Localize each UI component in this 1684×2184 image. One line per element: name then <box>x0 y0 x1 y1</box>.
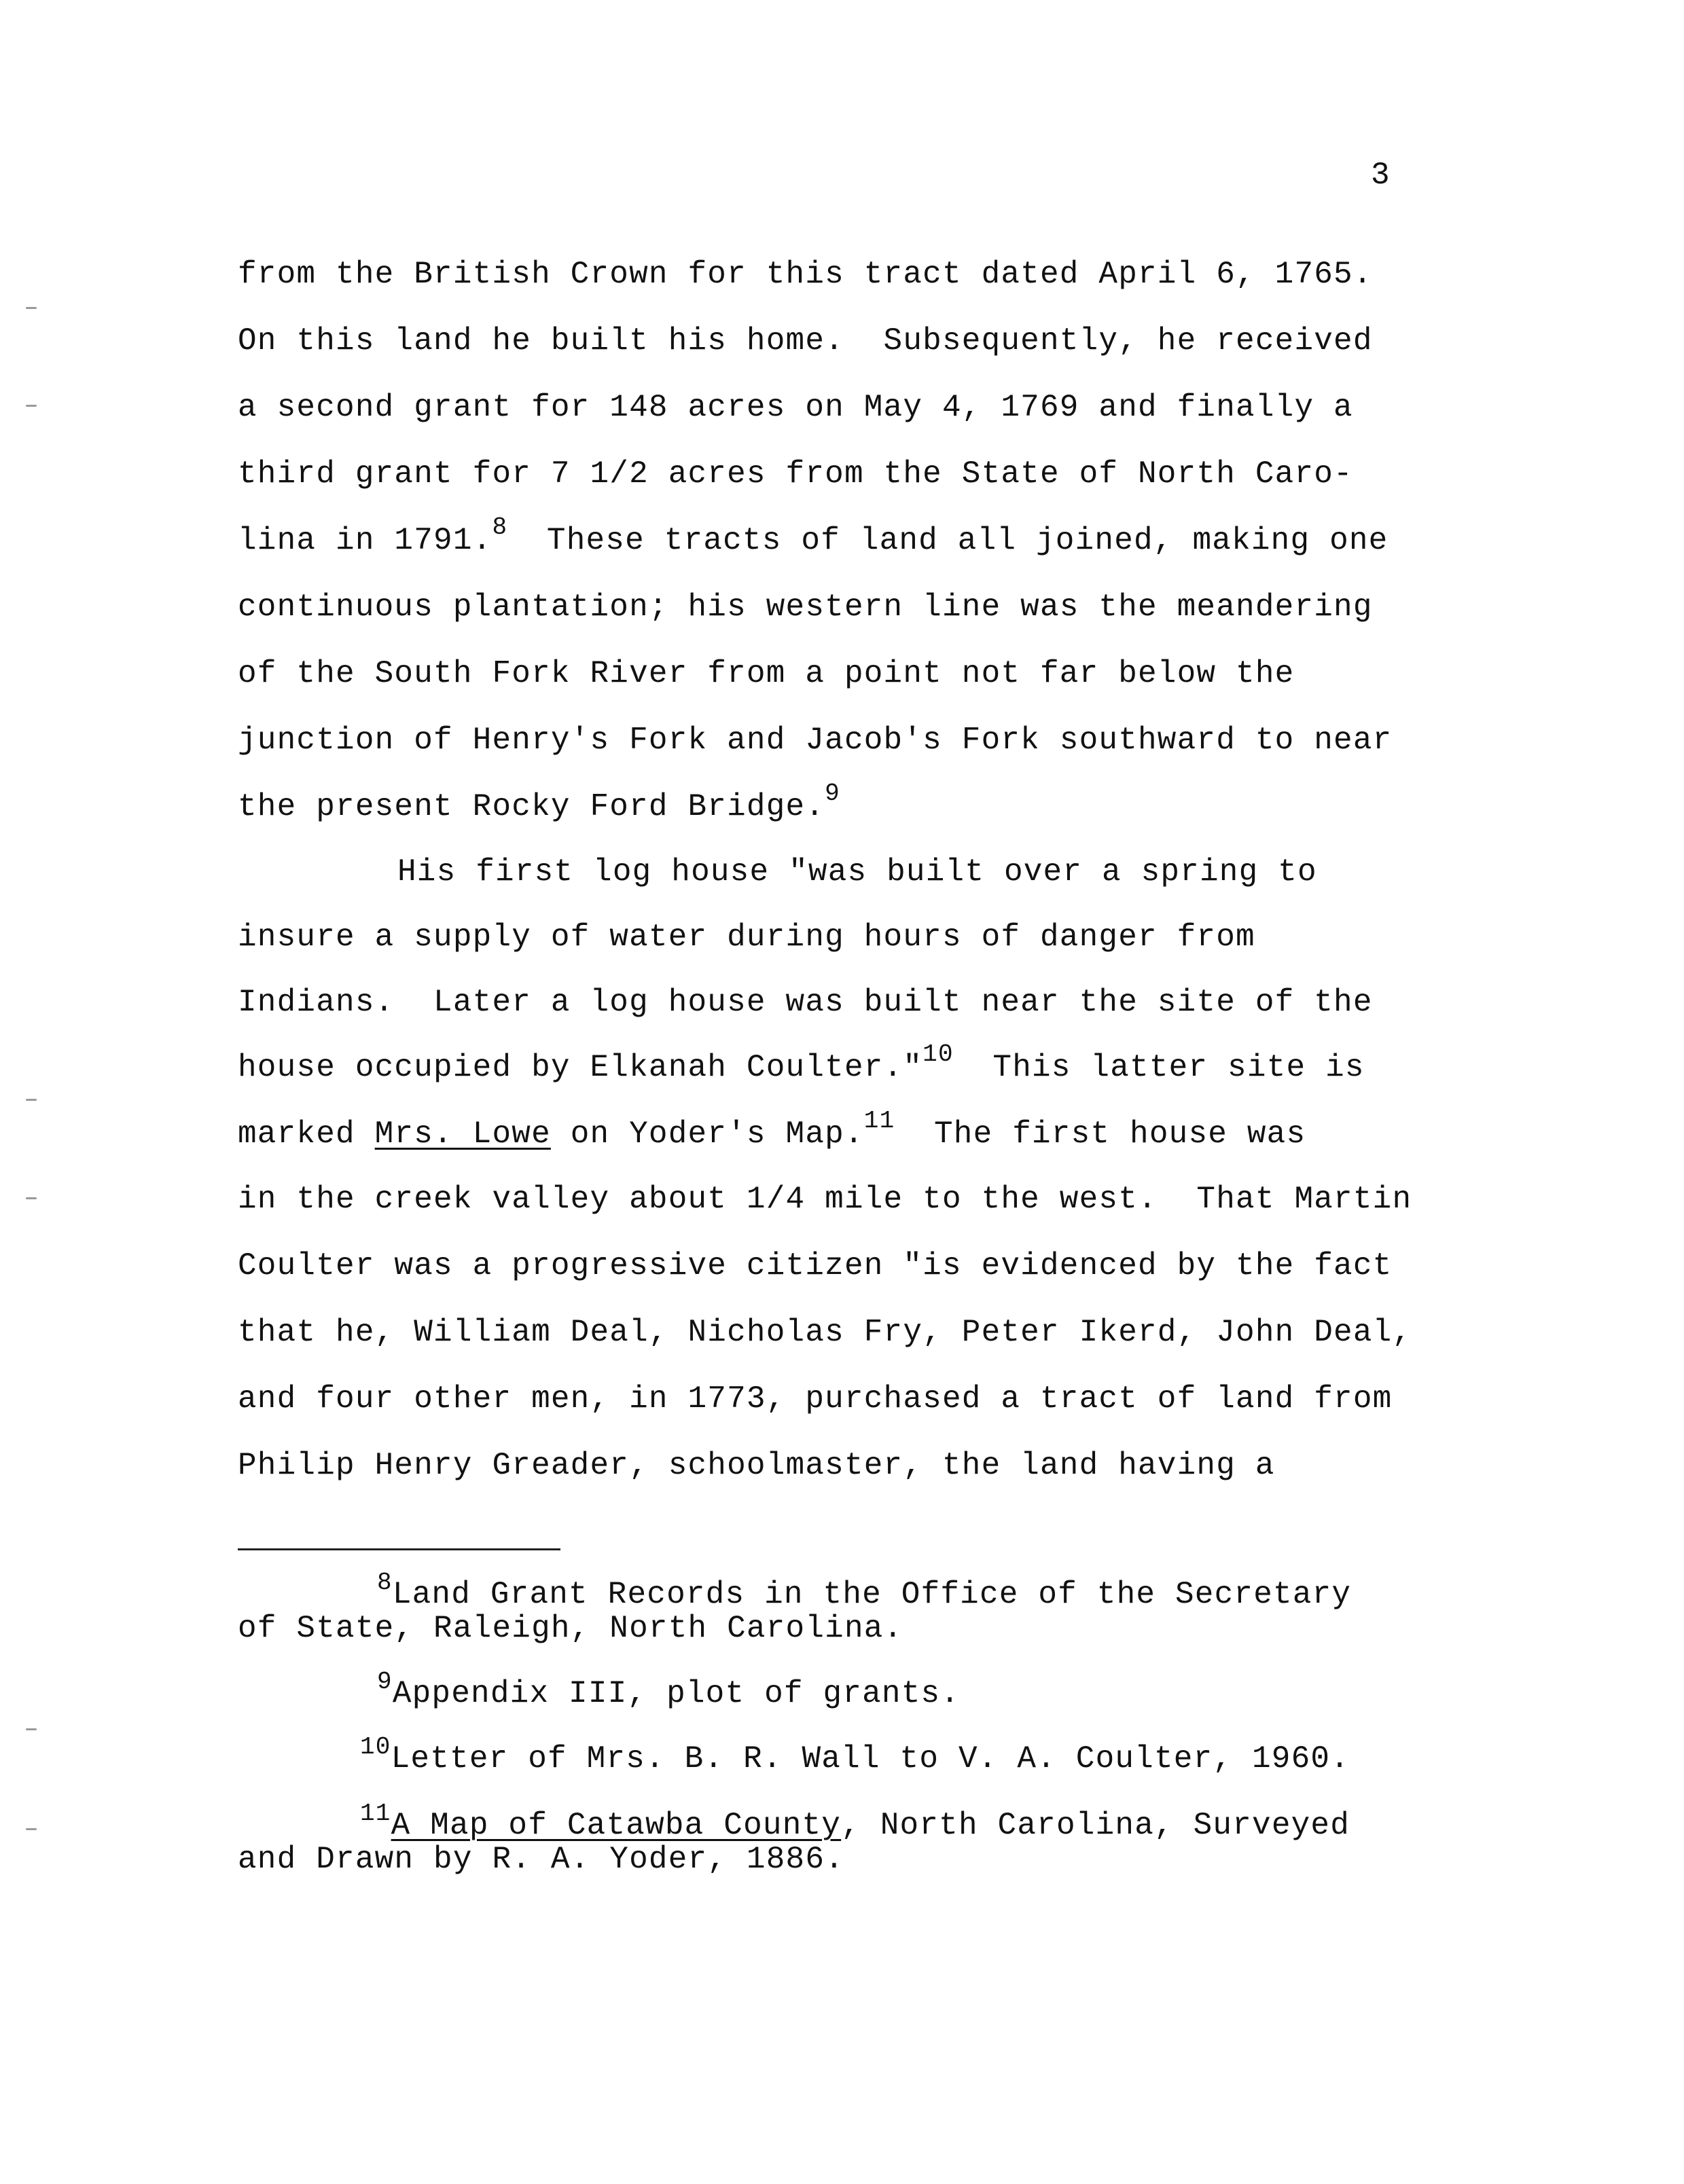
footnote-8: 8Land Grant Records in the Office of the… <box>377 1577 1351 1612</box>
map-title: A Map of Catawba County <box>391 1808 842 1843</box>
body-line: house occupied by Elkanah Coulter."10 Th… <box>238 1050 1365 1085</box>
footnote-divider <box>238 1548 560 1550</box>
body-line: of the South Fork River from a point not… <box>238 656 1294 691</box>
footnote-10: 10Letter of Mrs. B. R. Wall to V. A. Cou… <box>360 1741 1350 1777</box>
footnote-ref[interactable]: 9 <box>825 780 840 807</box>
paragraph-start: His first log house "was built over a sp… <box>397 854 1317 890</box>
footnote-11-cont: and Drawn by R. A. Yoder, 1886. <box>238 1842 844 1877</box>
body-line: Indians. Later a log house was built nea… <box>238 985 1373 1020</box>
body-line: the present Rocky Ford Bridge.9 <box>238 789 840 824</box>
body-line: insure a supply of water during hours of… <box>238 920 1255 955</box>
body-line: Philip Henry Greader, schoolmaster, the … <box>238 1448 1275 1483</box>
scan-artifact <box>26 405 37 407</box>
scan-artifact <box>26 307 37 309</box>
footnote-11: 11A Map of Catawba County, North Carolin… <box>360 1808 1350 1843</box>
page-number: 3 <box>1371 158 1390 193</box>
body-line: junction of Henry's Fork and Jacob's For… <box>238 723 1392 758</box>
body-line: marked Mrs. Lowe on Yoder's Map.11 The f… <box>238 1116 1306 1152</box>
body-line: a second grant for 148 acres on May 4, 1… <box>238 390 1353 425</box>
footnote-ref[interactable]: 10 <box>922 1040 954 1068</box>
scan-artifact <box>26 1728 37 1730</box>
scan-artifact <box>26 1099 37 1101</box>
footnote-9: 9Appendix III, plot of grants. <box>377 1676 960 1711</box>
scan-artifact <box>26 1828 37 1830</box>
footnote-ref[interactable]: 8 <box>492 513 507 541</box>
body-line: continuous plantation; his western line … <box>238 589 1373 625</box>
body-line: in the creek valley about 1/4 mile to th… <box>238 1182 1412 1217</box>
body-line: that he, William Deal, Nicholas Fry, Pet… <box>238 1315 1412 1350</box>
footnote-8-cont: of State, Raleigh, North Carolina. <box>238 1611 903 1646</box>
scan-artifact <box>26 1197 37 1199</box>
footnote-ref[interactable]: 11 <box>864 1107 895 1135</box>
body-line: from the British Crown for this tract da… <box>238 257 1373 292</box>
body-line: and four other men, in 1773, purchased a… <box>238 1381 1392 1417</box>
body-line: third grant for 7 1/2 acres from the Sta… <box>238 456 1353 492</box>
body-line: On this land he built his home. Subseque… <box>238 323 1373 359</box>
body-line: lina in 1791.8 These tracts of land all … <box>238 523 1388 558</box>
body-line: Coulter was a progressive citizen "is ev… <box>238 1248 1392 1284</box>
underlined-name: Mrs. Lowe <box>375 1116 551 1152</box>
